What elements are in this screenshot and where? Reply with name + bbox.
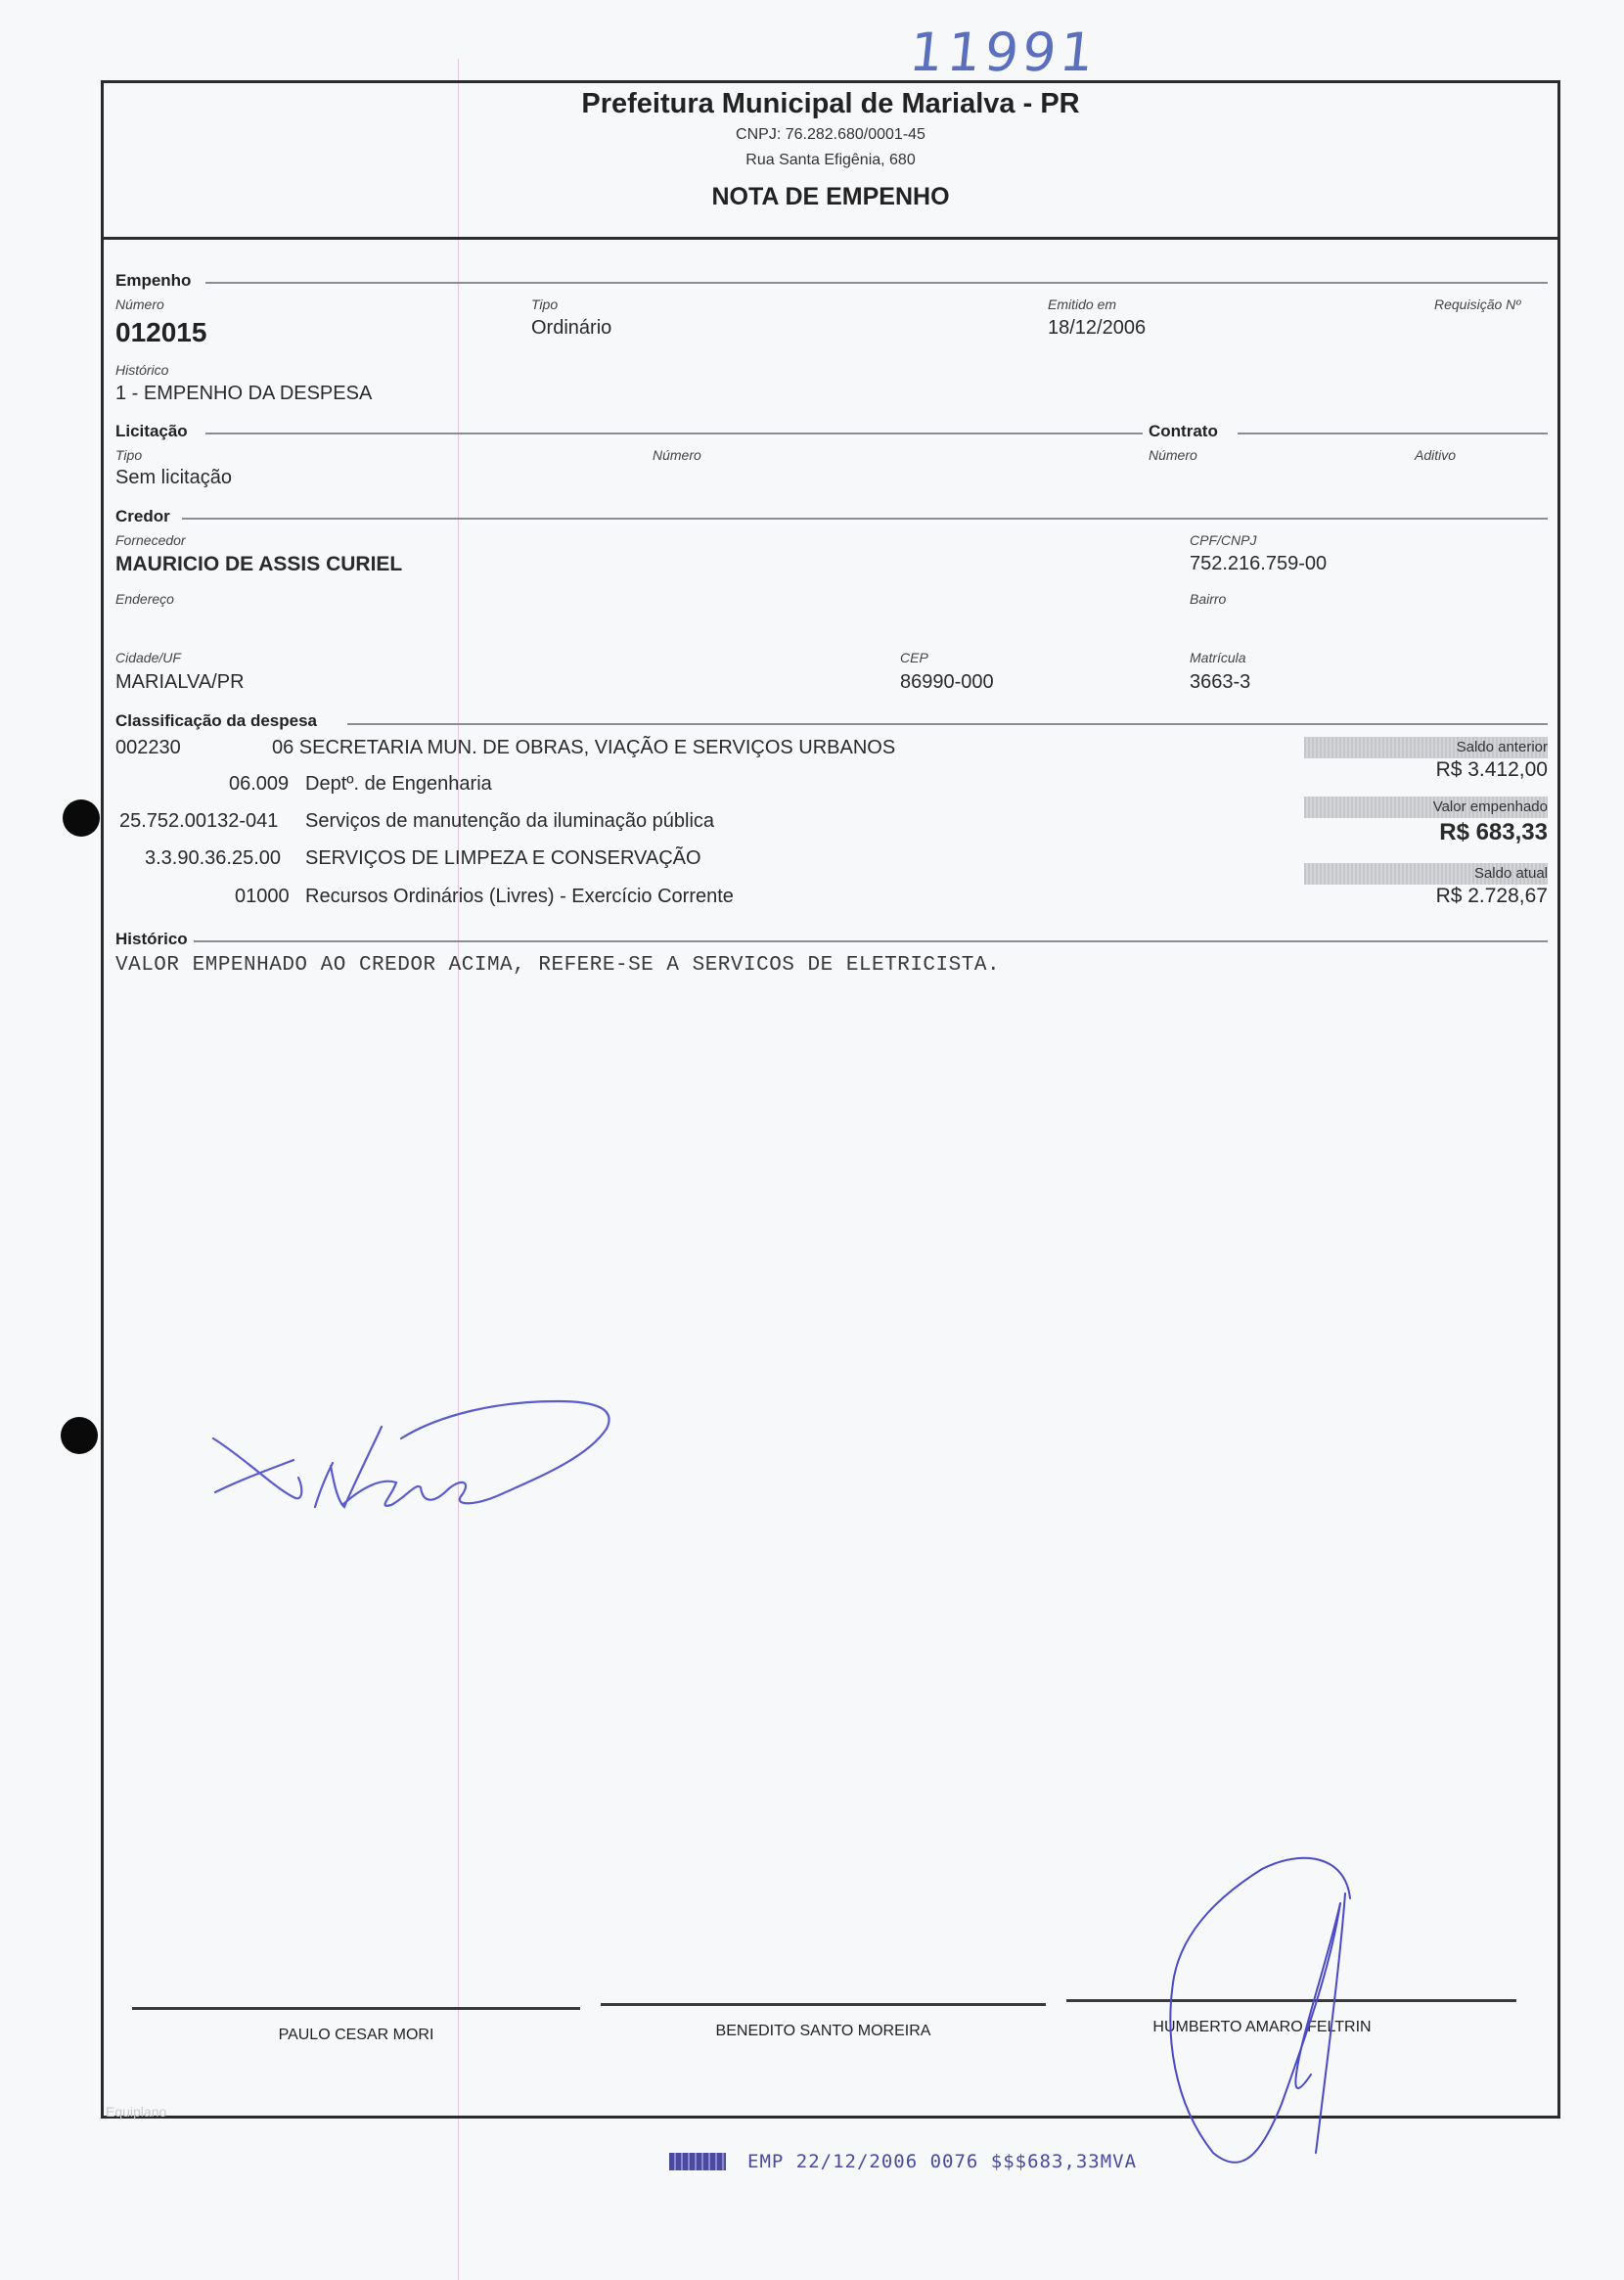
handwritten-signature-icon [1154,1840,1389,2172]
section-rule [205,282,1548,284]
section-rule [1238,433,1548,434]
section-historico: Histórico [115,930,194,949]
signature-line [601,2003,1046,2006]
bank-stamp-text: EMP 22/12/2006 0076 $$$683,33MVA [747,2151,1137,2172]
section-rule [205,433,1143,434]
org-cnpj: CNPJ: 76.282.680/0001-45 [101,126,1560,144]
section-contrato: Contrato [1149,422,1224,441]
classificacao-code: 3.3.90.36.25.00 [145,847,281,870]
section-licitacao: Licitação [115,422,194,441]
fornecedor-label: Fornecedor [115,532,186,548]
empenho-tipo-label: Tipo [531,296,558,312]
contrato-numero-label: Número [1149,447,1197,463]
punch-hole-icon [61,1417,98,1454]
historico-text: VALOR EMPENHADO AO CREDOR ACIMA, REFERE-… [115,954,1000,977]
header-divider [101,237,1560,240]
saldo-anterior-value: R$ 3.412,00 [1436,758,1548,782]
section-classificacao: Classificação da despesa [115,711,323,731]
empenho-tipo: Ordinário [531,317,611,340]
empenho-historico-label: Histórico [115,362,168,378]
saldo-anterior-label: Saldo anterior [1304,737,1548,758]
classificacao-text: Recursos Ordinários (Livres) - Exercício… [305,886,734,908]
licitacao-tipo-label: Tipo [115,447,142,463]
classificacao-code: 25.752.00132-041 [119,810,278,833]
cidade-value: MARIALVA/PR [115,671,245,694]
classificacao-code: 01000 [235,886,290,908]
handwritten-signature-icon [205,1380,636,1536]
handwritten-page-number: 11991 [907,22,1101,83]
cidade-label: Cidade/UF [115,650,181,665]
valor-empenhado-value: R$ 683,33 [1439,819,1548,846]
empenho-historico: 1 - EMPENHO DA DESPESA [115,383,372,405]
document-header: Prefeitura Municipal de Marialva - PR CN… [101,88,1560,211]
empenho-numero-label: Número [115,296,164,312]
cep-label: CEP [900,650,928,665]
signatory-name: PAULO CESAR MORI [132,2027,580,2044]
signatory-name: BENEDITO SANTO MOREIRA [601,2023,1046,2040]
matricula-label: Matrícula [1190,650,1246,665]
valor-empenhado-label: Valor empenhado [1304,797,1548,818]
fornecedor-name: MAURICIO DE ASSIS CURIEL [115,553,402,576]
licitacao-numero-label: Número [653,447,701,463]
software-label: Equiplano [106,2104,166,2120]
licitacao-tipo: Sem licitação [115,467,232,489]
classificacao-text: Deptº. de Engenharia [305,773,492,796]
document-title: NOTA DE EMPENHO [101,183,1560,211]
bank-stamp: EMP 22/12/2006 0076 $$$683,33MVA [669,2151,1137,2172]
signature-line [132,2007,580,2010]
empenho-numero: 012015 [115,317,206,348]
classificacao-code: 06.009 [229,773,289,796]
saldo-atual-value: R$ 2.728,67 [1436,885,1548,908]
bank-logo-icon [669,2153,726,2170]
section-rule [182,518,1548,520]
classificacao-code: 002230 [115,737,181,759]
matricula-value: 3663-3 [1190,671,1250,694]
contrato-aditivo-label: Aditivo [1415,447,1456,463]
saldo-atual-label: Saldo atual [1304,863,1548,885]
classificacao-text: SERVIÇOS DE LIMPEZA E CONSERVAÇÃO [305,847,701,870]
section-empenho: Empenho [115,271,197,291]
requisicao-label: Requisição Nº [1434,296,1520,312]
punch-hole-icon [63,799,100,837]
section-rule [192,940,1548,942]
bairro-label: Bairro [1190,591,1226,607]
cpf-value: 752.216.759-00 [1190,553,1327,575]
org-address: Rua Santa Efigênia, 680 [101,152,1560,169]
org-name: Prefeitura Municipal de Marialva - PR [101,88,1560,120]
emitido-date: 18/12/2006 [1048,317,1146,340]
cep-value: 86990-000 [900,671,994,694]
section-rule [347,723,1548,725]
cpf-label: CPF/CNPJ [1190,532,1256,548]
emitido-label: Emitido em [1048,296,1116,312]
classificacao-text: 06 SECRETARIA MUN. DE OBRAS, VIAÇÃO E SE… [272,737,895,759]
endereco-label: Endereço [115,591,174,607]
classificacao-text: Serviços de manutenção da iluminação púb… [305,810,714,833]
section-credor: Credor [115,507,176,526]
